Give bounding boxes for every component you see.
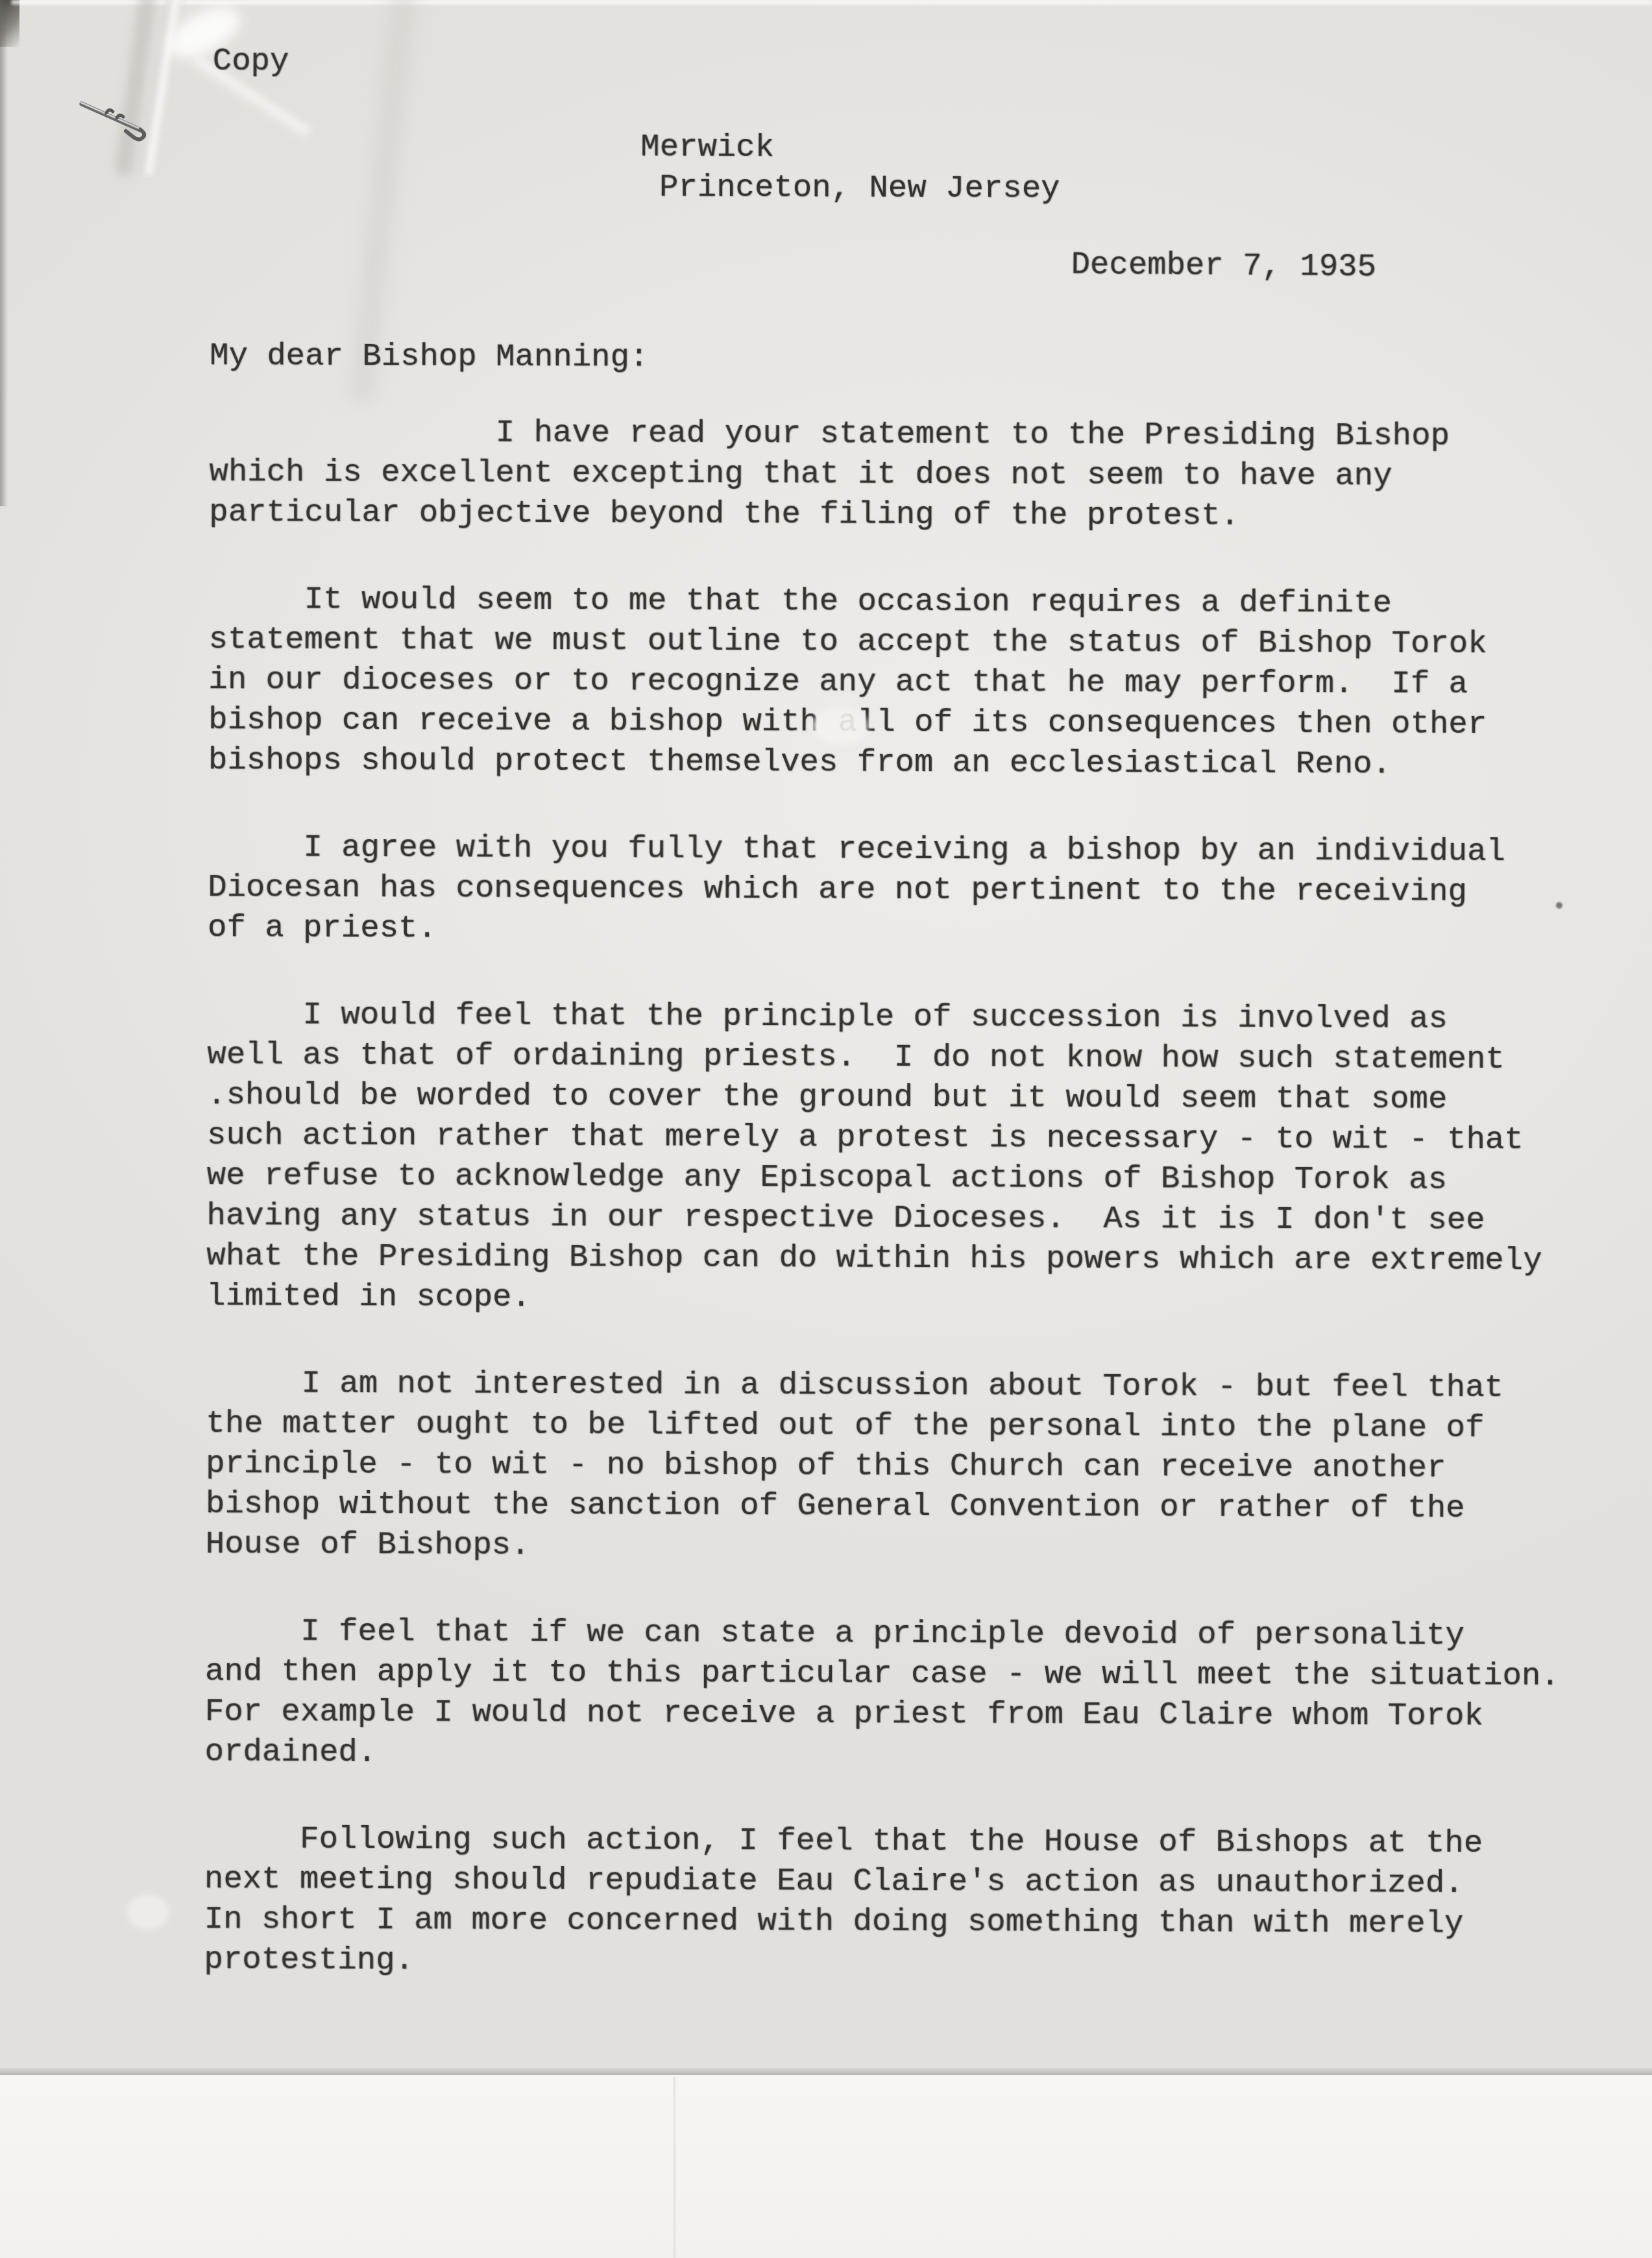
- copy-label: Copy: [213, 41, 289, 81]
- letter-body: I have read your statement to the Presid…: [204, 411, 1564, 1984]
- date-line: December 7, 1935: [1071, 245, 1376, 288]
- sender-address-line1: Merwick: [640, 127, 774, 167]
- letter-paragraph-1: I have read your statement to the Presid…: [209, 411, 1564, 537]
- scanned-letter-page: { "letter": { "copy_label": "Copy", "hea…: [0, 0, 1652, 2258]
- letter-paragraph-2: It would seem to me that the occasion re…: [208, 579, 1564, 785]
- typo-erasure-mark: [812, 707, 868, 745]
- letter-paragraph-6: I feel that if we can state a principle …: [204, 1611, 1560, 1776]
- salutation: My dear Bishop Manning:: [210, 336, 649, 377]
- letter-paragraph-7: Following such action, I feel that the H…: [204, 1819, 1559, 1984]
- letter-paragraph-5: I am not interested in a discussion abou…: [206, 1363, 1561, 1569]
- typed-letter-content: Copy Merwick Princeton, New Jersey Decem…: [0, 0, 1652, 2081]
- smudge-mark: [127, 1894, 169, 1930]
- scanner-background-line: [674, 2077, 675, 2258]
- letter-paragraph-4: I would feel that the principle of succe…: [206, 994, 1562, 1321]
- letter-paragraph-3: I agree with you fully that receiving a …: [208, 827, 1562, 952]
- scanner-background: [0, 2075, 1652, 2258]
- ink-dot-artifact: [1556, 902, 1562, 909]
- sender-address-line2: Princeton, New Jersey: [659, 167, 1060, 209]
